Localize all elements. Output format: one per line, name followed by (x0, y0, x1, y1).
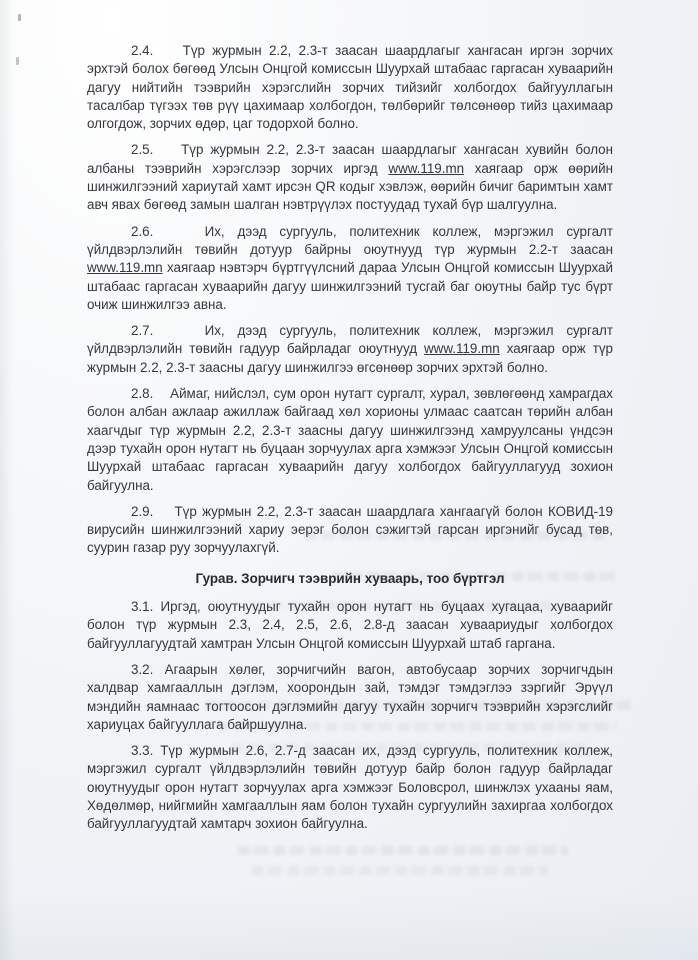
text-run: 3.2. Агаарын хөлөг, зорчигчийн вагон, ав… (87, 662, 613, 732)
paragraph: 2.7. Их, дээд сургууль, политехник колле… (87, 322, 613, 377)
document-body: 2.4. Түр журмын 2.2, 2.3-т заасан шаардл… (87, 42, 613, 842)
paragraph: 3.2. Агаарын хөлөг, зорчигчийн вагон, ав… (87, 661, 613, 734)
section-heading: Гурав. Зорчигч тээврийн хуваарь, тоо бүр… (87, 570, 613, 588)
text-run: 2.4. Түр журмын 2.2, 2.3-т заасан шаардл… (87, 43, 613, 131)
text-run: 3.3. Түр журмын 2.6, 2.7-д заасан их, дэ… (87, 743, 613, 831)
paragraph: 3.1. Иргэд, оюутнуудыг тухайн орон нутаг… (87, 598, 613, 653)
paragraph: 2.6. Их, дээд сургууль, политехник колле… (87, 223, 613, 314)
text-run: 2.8. Аймаг, нийслэл, сум орон нутагт сур… (87, 386, 613, 492)
paragraph: 2.8. Аймаг, нийслэл, сум орон нутагт сур… (87, 385, 613, 495)
url-text: www.119.mn (424, 341, 500, 356)
scan-speck-artifact (16, 57, 19, 65)
bleed-through-artifact (238, 846, 568, 855)
paragraph: 3.3. Түр журмын 2.6, 2.7-д заасан их, дэ… (87, 742, 613, 833)
text-run: 2.6. Их, дээд сургууль, политехник колле… (87, 224, 613, 257)
scanned-page: 2.4. Түр журмын 2.2, 2.3-т заасан шаардл… (0, 0, 698, 960)
text-run: 2.9. Түр журмын 2.2, 2.3-т заасан шаардл… (87, 504, 613, 556)
bleed-through-artifact (252, 866, 548, 875)
text-run: Гурав. Зорчигч тээврийн хуваарь, тоо бүр… (196, 571, 505, 586)
url-text: www.119.mn (87, 260, 163, 275)
paragraph: 2.9. Түр журмын 2.2, 2.3-т заасан шаардл… (87, 503, 613, 558)
paragraph: 2.5. Түр журмын 2.2, 2.3-т заасан шаардл… (87, 141, 613, 214)
scan-speck-artifact (18, 14, 21, 21)
text-run: хаягаар нэвтэрч бүртгүүлсний дараа Улсын… (87, 260, 613, 312)
url-text: www.119.mn (388, 161, 464, 176)
text-run: 3.1. Иргэд, оюутнуудыг тухайн орон нутаг… (87, 599, 613, 651)
paragraph: 2.4. Түр журмын 2.2, 2.3-т заасан шаардл… (87, 42, 613, 133)
